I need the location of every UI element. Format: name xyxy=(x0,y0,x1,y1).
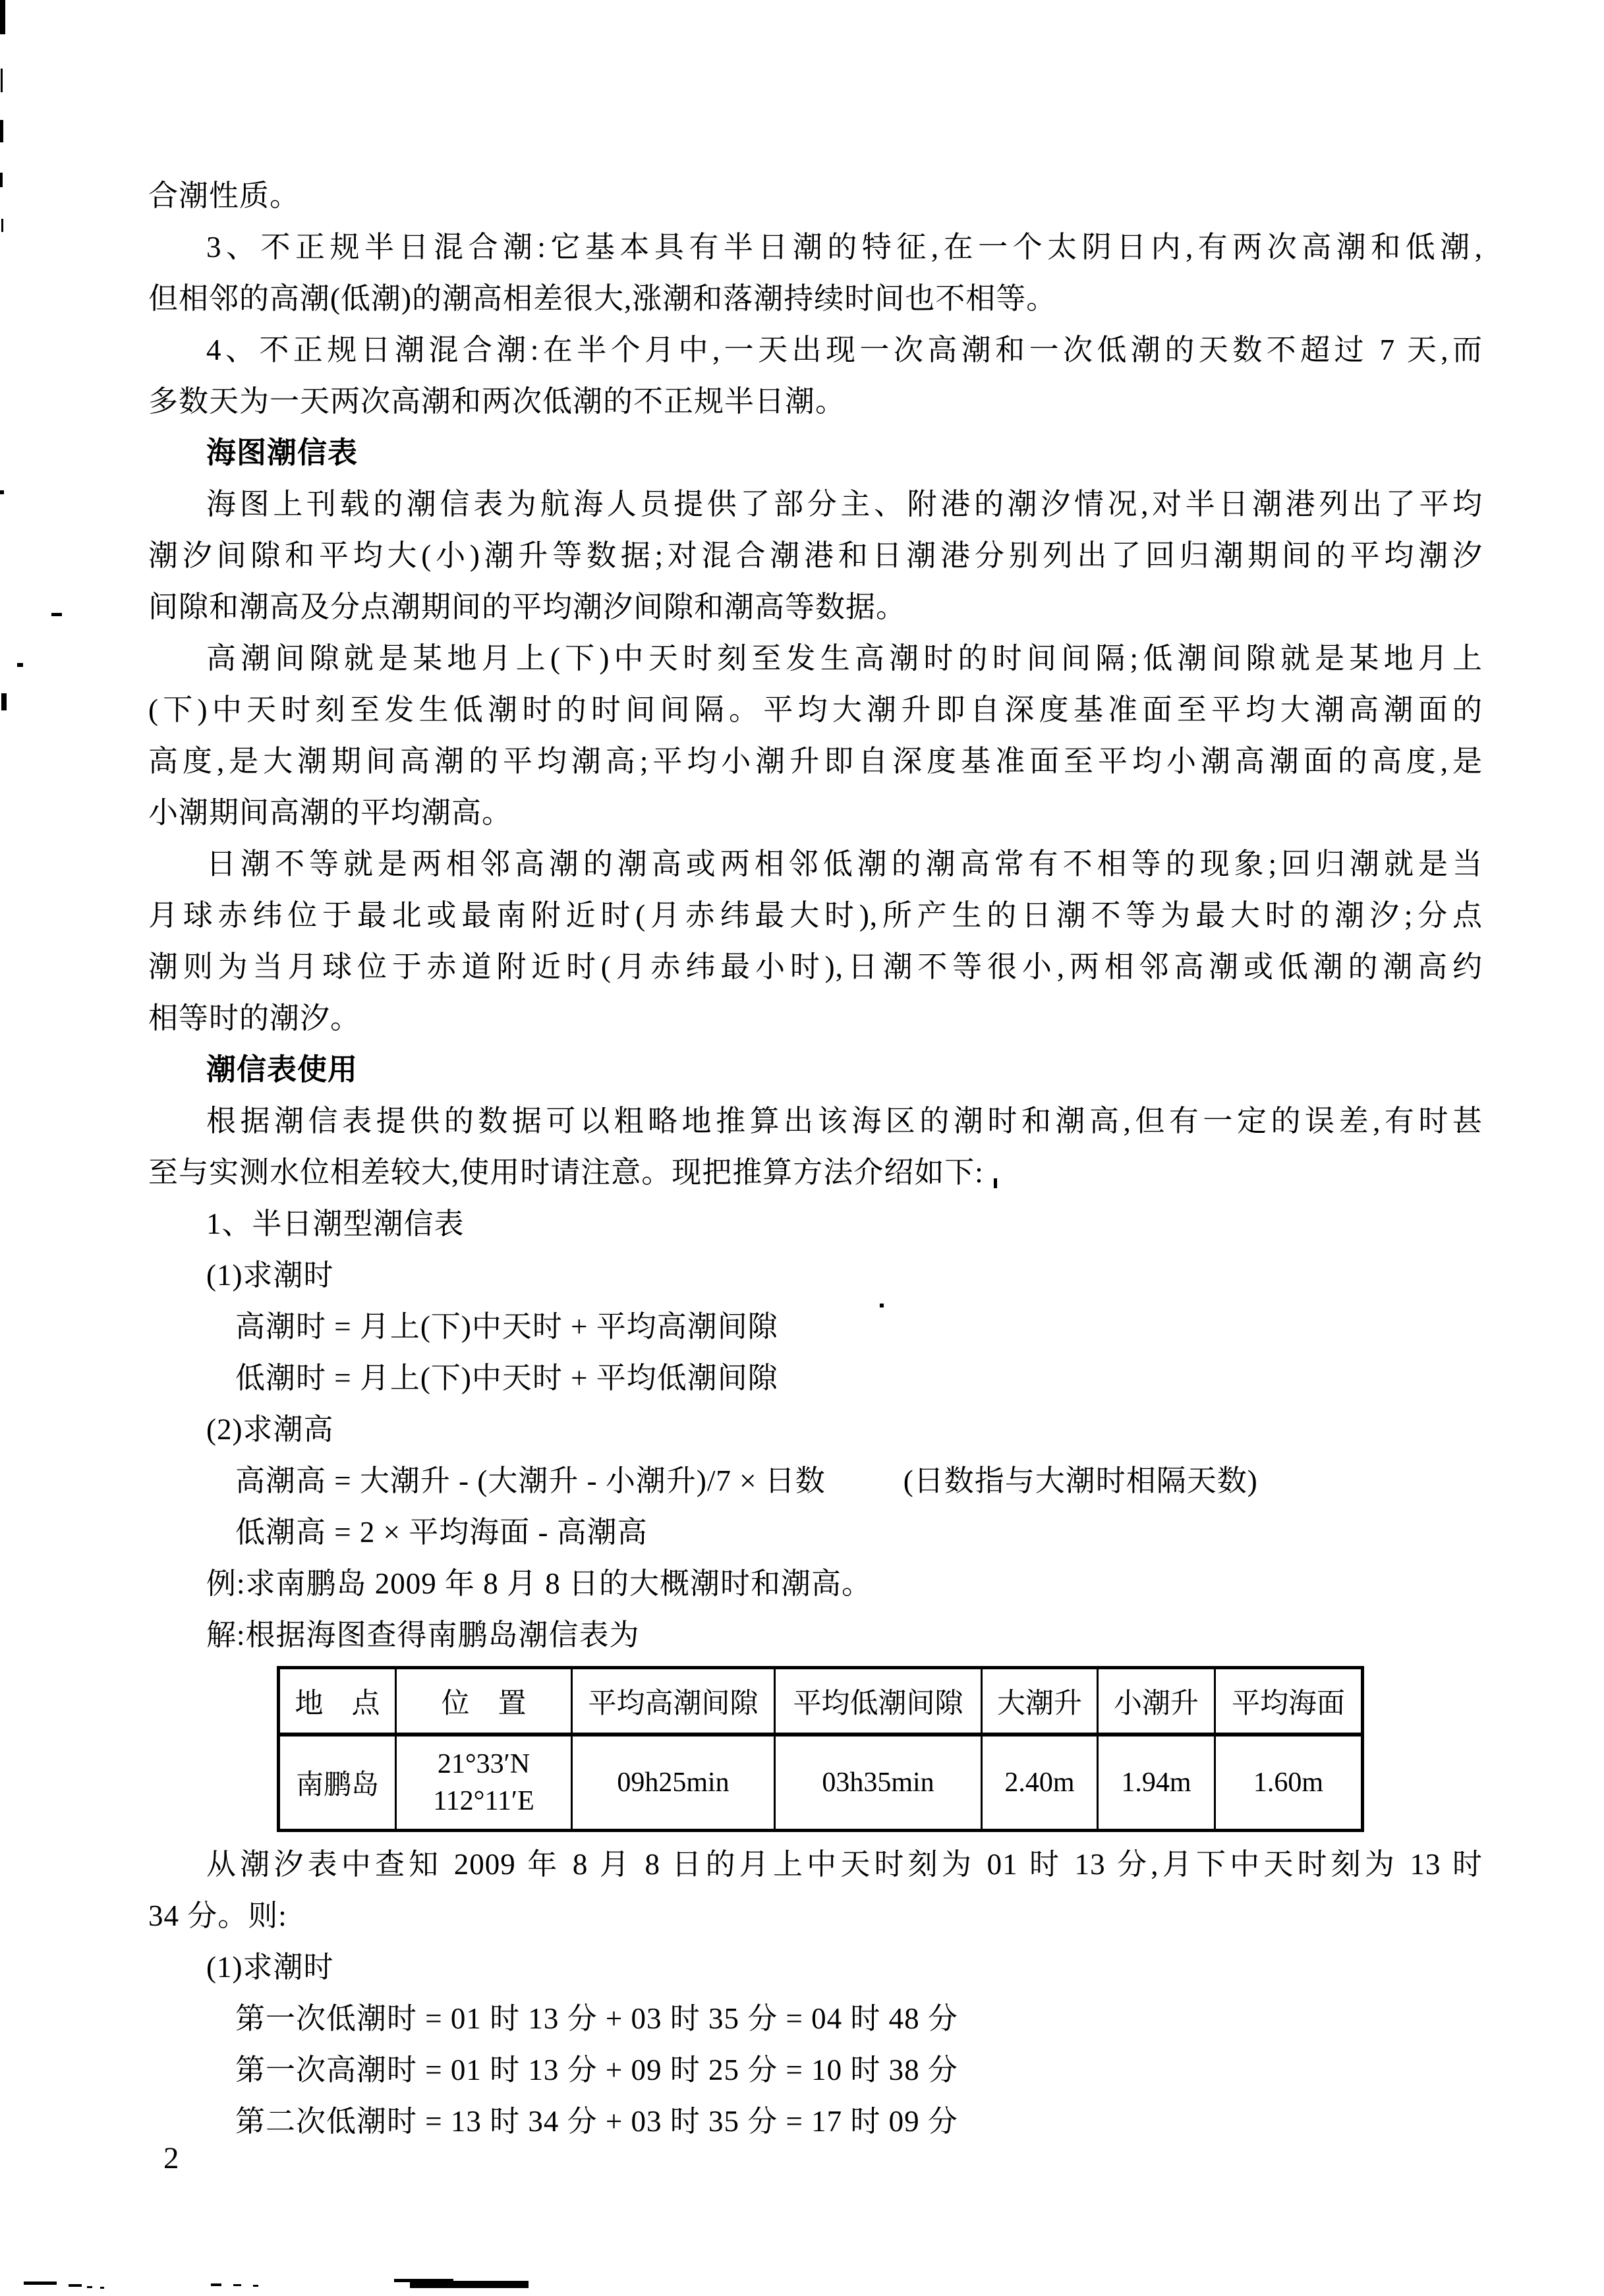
text-line: 1、半日潮型潮信表 xyxy=(148,1198,1483,1249)
section-heading: 海图潮信表 xyxy=(148,427,1483,478)
text-line: 潮则为当月球位于赤道附近时(月赤纬最小时),日潮不等很小,两相邻高潮或低潮的潮高… xyxy=(148,941,1483,992)
text-line: 高度,是大潮期间高潮的平均潮高;平均小潮升即自深度基准面至平均小潮高潮面的高度,… xyxy=(148,735,1483,787)
table-header-cell: 大潮升 xyxy=(982,1668,1098,1735)
scan-artifact xyxy=(0,173,3,187)
text-line: 但相邻的高潮(低潮)的潮高相差很大,涨潮和落潮持续时间也不相等。 xyxy=(148,273,1483,324)
text-line: 相等时的潮汐。 xyxy=(148,992,1483,1044)
text-line: 海图上刊载的潮信表为航海人员提供了部分主、附港的潮汐情况,对半日潮港列出了平均 xyxy=(148,478,1483,530)
scan-artifact xyxy=(51,613,62,616)
text-line: (下)中天时刻至发生低潮时的时间间隔。平均大潮升即自深度基准面至平均大潮高潮面的 xyxy=(148,684,1483,735)
scanned-document-page: { "document": { "page_number": "2", "lin… xyxy=(0,0,1604,2296)
formula-line: 低潮时 = 月上(下)中天时 + 平均低潮间隙 xyxy=(148,1352,1483,1404)
formula-line: 高潮高 = 大潮升 - (大潮升 - 小潮升)/7 × 日数(日数指与大潮时相隔… xyxy=(148,1455,1483,1507)
table-cell-neap-rise: 1.94m xyxy=(1098,1735,1215,1831)
formula-line: 高潮时 = 月上(下)中天时 + 平均高潮间隙 xyxy=(148,1301,1483,1352)
text-line: 潮汐间隙和平均大(小)潮升等数据;对混合潮港和日潮港分别列出了回归潮期间的平均潮… xyxy=(148,530,1483,581)
scan-artifact xyxy=(211,2283,221,2286)
table-cell-place: 南鹏岛 xyxy=(279,1735,396,1831)
text-line: (1)求潮时 xyxy=(148,1249,1483,1301)
formula-line: 第一次高潮时 = 01 时 13 分 + 09 时 25 分 = 10 时 38… xyxy=(148,2044,1483,2096)
scan-artifact xyxy=(17,663,23,667)
formula-line: 低潮高 = 2 × 平均海面 - 高潮高 xyxy=(148,1507,1483,1558)
formula-line: 第一次低潮时 = 01 时 13 分 + 03 时 35 分 = 04 时 48… xyxy=(148,1993,1483,2044)
table-cell-position: 21°33′N 112°11′E xyxy=(396,1735,572,1831)
table-header-cell: 小潮升 xyxy=(1098,1668,1215,1735)
text-line: 4、不正规日潮混合潮:在半个月中,一天出现一次高潮和一次低潮的天数不超过 7 天… xyxy=(148,324,1483,376)
text-line: (1)求潮时 xyxy=(148,1941,1483,1993)
tide-table-wrap: 地 点 位 置 平均高潮间隙 平均低潮间隙 大潮升 小潮升 平均海面 南鹏岛 2… xyxy=(277,1666,1483,1832)
text-line: 解:根据海图查得南鹏岛潮信表为 xyxy=(148,1609,1483,1661)
scan-artifact xyxy=(1,69,3,92)
scan-artifact xyxy=(87,2286,92,2288)
table-row: 南鹏岛 21°33′N 112°11′E 09h25min 03h35min 2… xyxy=(279,1735,1363,1831)
table-cell-mean-hw-interval: 09h25min xyxy=(572,1735,775,1831)
text-line: 高潮间隙就是某地月上(下)中天时刻至发生高潮时的时间间隔;低潮间隙就是某地月上 xyxy=(148,633,1483,684)
scan-artifact xyxy=(1,693,7,710)
formula-text: 高潮高 = 大潮升 - (大潮升 - 小潮升)/7 × 日数 xyxy=(235,1464,826,1497)
text-line: 例:求南鹏岛 2009 年 8 月 8 日的大概潮时和潮高。 xyxy=(148,1558,1483,1609)
text-line: 根据潮信表提供的数据可以粗略地推算出该海区的潮时和潮高,但有一定的误差,有时甚 xyxy=(148,1095,1483,1147)
text-line: 多数天为一天两次高潮和两次低潮的不正规半日潮。 xyxy=(148,376,1483,427)
text-line: 34 分。则: xyxy=(148,1890,1483,1941)
longitude: 112°11′E xyxy=(397,1783,571,1820)
text-line: 日潮不等就是两相邻高潮的潮高或两相邻低潮的潮高常有不相等的现象;回归潮就是当 xyxy=(148,838,1483,890)
section-heading: 潮信表使用 xyxy=(148,1044,1483,1095)
text-line: 小潮期间高潮的平均潮高。 xyxy=(148,787,1483,838)
scan-artifact xyxy=(100,2287,104,2289)
formula-note: (日数指与大潮时相隔天数) xyxy=(903,1464,1258,1497)
scan-artifact xyxy=(0,0,5,22)
text-line: 月球赤纬位于最北或最南附近时(月赤纬最大时),所产生的日潮不等为最大时的潮汐;分… xyxy=(148,890,1483,941)
text-line: 间隙和潮高及分点潮期间的平均潮汐间隙和潮高等数据。 xyxy=(148,581,1483,633)
scan-artifact xyxy=(410,2281,529,2288)
text-line: 至与实测水位相差较大,使用时请注意。现把推算方法介绍如下: xyxy=(148,1147,1483,1198)
table-header-cell: 平均海面 xyxy=(1215,1668,1363,1735)
scan-artifact xyxy=(69,2284,82,2287)
page-number: 2 xyxy=(163,2140,179,2176)
scan-artifact xyxy=(24,2282,57,2285)
scan-artifact xyxy=(233,2284,241,2286)
scan-artifact xyxy=(0,120,3,142)
table-header-cell: 位 置 xyxy=(396,1668,572,1735)
table-cell-spring-rise: 2.40m xyxy=(982,1735,1098,1831)
text-line: (2)求潮高 xyxy=(148,1404,1483,1455)
table-cell-mean-lw-interval: 03h35min xyxy=(775,1735,982,1831)
table-header-cell: 平均低潮间隙 xyxy=(775,1668,982,1735)
scan-artifact xyxy=(1,219,3,232)
latitude: 21°33′N xyxy=(397,1746,571,1783)
scan-artifact xyxy=(994,1178,997,1188)
text-line: 合潮性质。 xyxy=(148,170,1483,221)
formula-line: 第二次低潮时 = 13 时 34 分 + 03 时 35 分 = 17 时 09… xyxy=(148,2096,1483,2147)
scan-artifact xyxy=(253,2285,258,2287)
text-line: 3、不正规半日混合潮:它基本具有半日潮的特征,在一个太阴日内,有两次高潮和低潮, xyxy=(148,221,1483,273)
table-header-row: 地 点 位 置 平均高潮间隙 平均低潮间隙 大潮升 小潮升 平均海面 xyxy=(279,1668,1363,1735)
text-block: 合潮性质。 3、不正规半日混合潮:它基本具有半日潮的特征,在一个太阴日内,有两次… xyxy=(0,0,1604,2296)
tide-table: 地 点 位 置 平均高潮间隙 平均低潮间隙 大潮升 小潮升 平均海面 南鹏岛 2… xyxy=(277,1666,1364,1832)
table-header-cell: 平均高潮间隙 xyxy=(572,1668,775,1735)
table-cell-mean-sea-level: 1.60m xyxy=(1215,1735,1363,1831)
scan-artifact xyxy=(880,1304,884,1307)
scan-artifact xyxy=(0,490,4,494)
table-header-cell: 地 点 xyxy=(279,1668,396,1735)
text-line: 从潮汐表中查知 2009 年 8 月 8 日的月上中天时刻为 01 时 13 分… xyxy=(148,1839,1483,1890)
